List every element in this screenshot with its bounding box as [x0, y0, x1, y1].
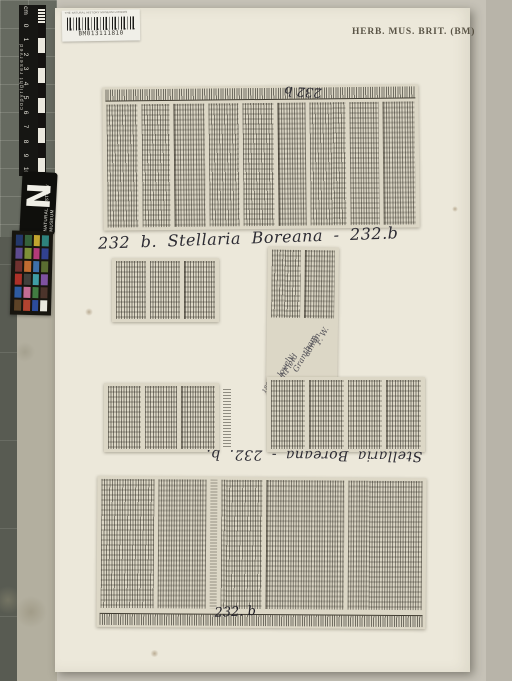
color-swatch — [32, 287, 39, 298]
clipping-top-columns — [102, 98, 419, 230]
ink-annotation-top-number: 232 b — [284, 82, 322, 99]
nhm-logo-text: NATURAL HISTORY MUSEUM — [43, 172, 56, 231]
cm-ruler: cm012345678910 copyright reserved — [19, 5, 46, 176]
color-swatch — [23, 300, 30, 311]
copyright-text: copyright reserved — [19, 43, 25, 110]
vertical-caption-strip — [223, 389, 231, 447]
foxing-spot — [150, 650, 159, 657]
clipping-top: 232 b — [102, 84, 419, 230]
color-swatch — [32, 274, 39, 285]
barcode-label-top-text: THE NATURAL HISTORY MUSEUM LONDON — [65, 11, 105, 15]
color-swatch — [16, 235, 23, 246]
clipping-middle-right: F. W.adminGranthamFieldA lovelycash1884 — [266, 247, 339, 394]
herbarium-stamp: HERB. MUS. BRIT. (BM) — [352, 27, 475, 37]
color-swatch — [15, 261, 22, 272]
color-checker-card — [10, 230, 53, 315]
barcode — [67, 16, 135, 30]
color-swatch — [14, 300, 21, 311]
color-swatch — [23, 274, 30, 285]
clipping-bottom: 232. b — [96, 476, 426, 629]
foxing-spot — [452, 206, 458, 212]
color-swatch — [15, 274, 22, 285]
color-swatch — [41, 287, 48, 298]
color-swatch — [15, 248, 22, 259]
clipping-bottom-columns — [97, 476, 427, 613]
color-swatch — [33, 261, 40, 272]
color-swatch — [33, 235, 40, 246]
ruler-scale-label: cm — [22, 6, 29, 15]
background-right-band — [486, 0, 512, 681]
ruler-scale-label: 0 — [22, 21, 29, 30]
color-swatch — [24, 235, 31, 246]
ruler-mm-ticks — [38, 8, 45, 23]
color-swatch — [24, 248, 31, 259]
color-swatch — [41, 261, 48, 272]
color-swatch — [42, 248, 49, 259]
color-swatch — [32, 300, 39, 311]
barcode-label: THE NATURAL HISTORY MUSEUM LONDON BM0131… — [62, 9, 141, 41]
clipping-row-right — [267, 377, 425, 452]
nhm-logo: N NATURAL HISTORY MUSEUM — [19, 171, 57, 235]
color-swatch — [40, 300, 47, 311]
barcode-number: BM013111810 — [65, 29, 137, 37]
foxing-spot — [85, 308, 93, 316]
ruler-tick-strip — [38, 8, 45, 172]
clipping-row-left — [104, 383, 219, 452]
ruler-scale-label: 9 — [22, 151, 29, 160]
color-swatch — [24, 261, 31, 272]
ruler-scale-label: 8 — [22, 137, 29, 146]
color-swatch — [23, 287, 30, 298]
ruler-scale-label: 7 — [22, 122, 29, 131]
color-swatch — [42, 235, 49, 246]
herbarium-photo: THE NATURAL HISTORY MUSEUM LONDON BM0131… — [0, 0, 512, 681]
clipping-bottom-footer-band — [99, 613, 422, 627]
clipping-middle-left — [112, 258, 219, 322]
color-swatch — [41, 274, 48, 285]
ink-annotation-bottom-number: 232. b — [214, 604, 256, 621]
color-swatch — [14, 287, 21, 298]
color-swatch — [33, 248, 40, 259]
handwritten-determination-inverted: Stellaria Boreana - 232. b. — [200, 446, 428, 464]
